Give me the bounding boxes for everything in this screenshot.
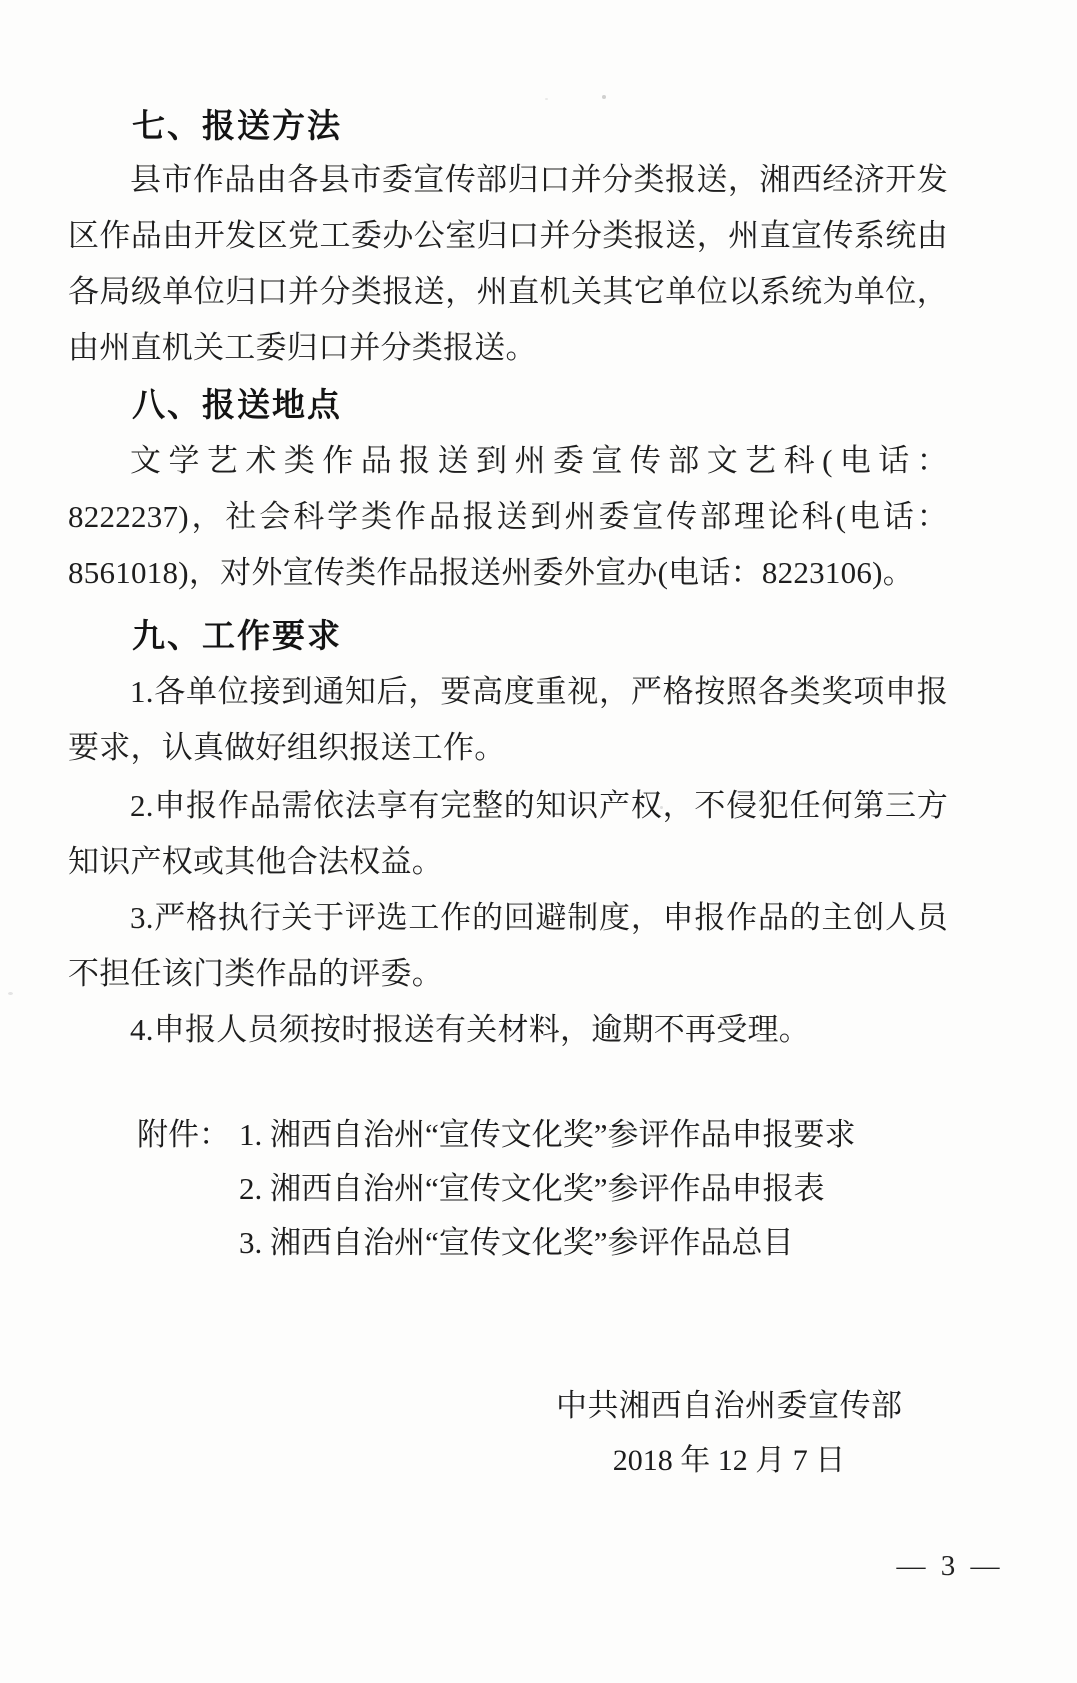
- attachment-item-1: 1. 湘西自治州“宣传文化奖”参评作品申报要求: [239, 1108, 948, 1162]
- page-number: — 3 —: [890, 1548, 1010, 1584]
- section-heading-7-submission-method: 七、报送方法: [68, 98, 948, 154]
- attachment-item-3: 3. 湘西自治州“宣传文化奖”参评作品总目: [239, 1216, 948, 1270]
- paragraph-requirement-3: 3.严格执行关于评选工作的回避制度，申报作品的主创人员不担任该门类作品的评委。: [68, 890, 948, 1002]
- attachments-block: 附件： 1. 湘西自治州“宣传文化奖”参评作品申报要求 2. 湘西自治州“宣传文…: [68, 1108, 948, 1270]
- signature-organization: 中共湘西自治州委宣传部: [556, 1378, 902, 1433]
- scan-speck: [8, 992, 13, 995]
- scan-speck: [660, 806, 663, 809]
- paragraph-requirement-2: 2.申报作品需依法享有完整的知识产权，不侵犯任何第三方知识产权或其他合法权益。: [68, 778, 948, 890]
- signature-date: 2018 年 12 月 7 日: [556, 1433, 902, 1488]
- scan-speck: [545, 98, 548, 100]
- paragraph-requirement-4: 4.申报人员须按时报送有关材料，逾期不再受理。: [68, 1002, 948, 1058]
- scan-speck: [602, 95, 606, 99]
- attachments-list: 1. 湘西自治州“宣传文化奖”参评作品申报要求 2. 湘西自治州“宣传文化奖”参…: [230, 1108, 948, 1270]
- signature-block: 中共湘西自治州委宣传部 2018 年 12 月 7 日: [556, 1378, 902, 1488]
- attachments-label: 附件：: [137, 1108, 230, 1162]
- scanned-document-page: 七、报送方法 县市作品由各县市委宣传部归口并分类报送，湘西经济开发区作品由开发区…: [0, 0, 1077, 1683]
- paragraph-requirement-1: 1.各单位接到通知后，要高度重视，严格按照各类奖项申报要求，认真做好组织报送工作…: [68, 664, 948, 776]
- section-heading-8-submission-location: 八、报送地点: [68, 377, 948, 433]
- paragraph-submission-location: 文学艺术类作品报送到州委宣传部文艺科(电话：8222237)，社会科学类作品报送…: [68, 433, 948, 601]
- paragraph-submission-method: 县市作品由各县市委宣传部归口并分类报送，湘西经济开发区作品由开发区党工委办公室归…: [68, 152, 948, 376]
- attachment-item-2: 2. 湘西自治州“宣传文化奖”参评作品申报表: [239, 1162, 948, 1216]
- section-heading-9-work-requirements: 九、工作要求: [68, 608, 948, 664]
